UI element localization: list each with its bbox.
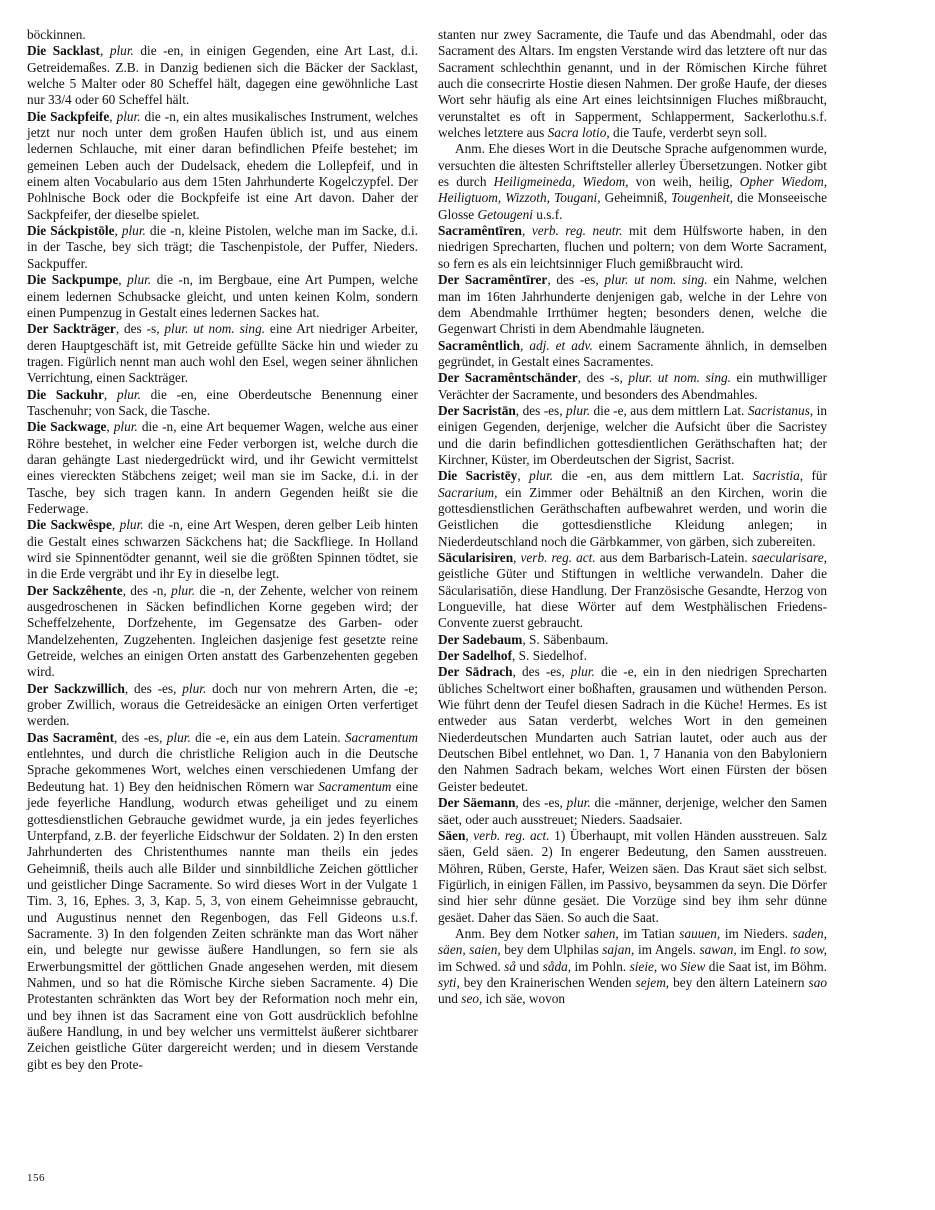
entry-text: die Taufe, verderbt seyn soll. [610,125,767,140]
italic-text: såda, [543,959,571,974]
entry-text: bey den Krainerischen Wenden [460,975,636,990]
italic-text: plur. [566,403,590,418]
headword: Der Sacramêntschänder [438,370,578,385]
italic-text: plur. [529,468,553,483]
headword: Sacramêntīren [438,223,522,238]
entry-text: ich säe, wovon [482,991,565,1006]
italic-text: Sacramentum [345,730,418,745]
headword: Der Sacristān [438,403,516,418]
entry-text: für [803,468,827,483]
entry-text: , [109,109,116,124]
italic-text: Getougeni [478,207,533,222]
entry-text: , [118,272,127,287]
headword: Die Sacklast [27,43,100,58]
dictionary-entry: Der Sacramêntīrer, des -es, plur. ut nom… [438,272,827,337]
italic-text: Sacristanus, [748,403,813,418]
italic-text: verb. reg. act. [520,550,595,565]
headword: Der Sādrach [438,664,513,679]
entry-text: im Pohln. [571,959,629,974]
italic-text: plur. [117,387,141,402]
entry-text: geistliche Güter und Stiftungen in weltl… [438,566,827,630]
dictionary-entry: Säen, verb. reg. act. 1) Überhaupt, mit … [438,828,827,926]
italic-text: Sacristia, [752,468,803,483]
italic-text: sawan, [699,942,736,957]
dictionary-page: böckinnen.Die Sacklast, plur. die -en, i… [0,0,935,1210]
entry-text: bey den ältern Lateinern [669,975,808,990]
italic-text: sauuen, [679,926,720,941]
entry-text: , [100,43,110,58]
dictionary-entry: Die Sacristēy, plur. die -en, aus dem mi… [438,468,827,550]
italic-text: sao [809,975,827,990]
italic-text: plur. [182,681,206,696]
italic-text: sahen, [584,926,618,941]
italic-text: plur. ut nom. sing. [604,272,707,287]
entry-text: die -e, ein aus dem Latein. [191,730,345,745]
italic-text: plur. [110,43,134,58]
entry-text: die Saat ist, im Böhm. [705,959,827,974]
dictionary-entry: Die Sáckpistōle, plur. die -n, kleine Pi… [27,223,418,272]
headword: Die Sackuhr [27,387,104,402]
dictionary-entry: Anm. Bey dem Notker sahen, im Tatian sau… [438,926,827,1008]
entry-text: , des -n, [123,583,171,598]
entry-text: , des -s, [578,370,629,385]
entry-text: im Engl. [737,942,790,957]
entry-text: aus dem Barbarisch-Latein. [596,550,752,565]
italic-text: seo, [461,991,482,1006]
italic-text: to sow, [790,942,827,957]
entry-text: , [520,338,529,353]
italic-text: sejem, [636,975,670,990]
headword: Der Sadelhof [438,648,512,663]
dictionary-entry: Der Sādrach, des -es, plur. die -e, ein … [438,664,827,795]
entry-text: , des -es, [125,681,182,696]
headword: Säen [438,828,465,843]
entry-text: und [516,959,543,974]
italic-text: Sacrarium, [438,485,497,500]
entry-text: , des -es, [513,664,571,679]
italic-text: Sacra lotio, [548,125,610,140]
dictionary-entry: stanten nur zwey Sacramente, die Taufe u… [438,27,827,141]
entry-text: , des -s, [116,321,165,336]
italic-text: syti, [438,975,460,990]
italic-text: så [504,959,516,974]
entry-text: stanten nur zwey Sacramente, die Taufe u… [438,27,827,140]
italic-text: verb. reg. neutr. [532,223,623,238]
headword: Die Sackwêspe [27,517,112,532]
italic-text: sajan, [602,942,634,957]
dictionary-entry: Sacramêntīren, verb. reg. neutr. mit dem… [438,223,827,272]
entry-text: , des -es, [516,403,566,418]
entry-text: eine jede feyerliche Handlung, wodurch e… [27,779,418,1072]
headword: Die Sackwage [27,419,106,434]
dictionary-entry: Der Sackzwillich, des -es, plur. doch nu… [27,681,418,730]
entry-text: ein Zimmer oder Behältniß an den Kirchen… [438,485,827,549]
dictionary-entry: Anm. Ehe dieses Wort in die Deutsche Spr… [438,141,827,223]
entry-text: , [115,223,122,238]
entry-text: , S. Siedelhof. [512,648,587,663]
headword: Der Sackzwillich [27,681,125,696]
italic-text: plur. ut nom. sing. [628,370,731,385]
dictionary-entry: Der Sacristān, des -es, plur. die -e, au… [438,403,827,468]
entry-text: bey dem Ulphilas [501,942,603,957]
dictionary-entry: Der Sacramêntschänder, des -s, plur. ut … [438,370,827,403]
italic-text: plur. [122,223,146,238]
italic-text: Heiligmeineda, Wiedom, [494,174,629,189]
entry-text: , des -es, [515,795,566,810]
dictionary-entry: Das Sacramênt, des -es, plur. die -e, ei… [27,730,418,1073]
entry-text: , des -es, [114,730,167,745]
left-column: böckinnen.Die Sacklast, plur. die -en, i… [27,27,418,1073]
headword: Der Sackzêhente [27,583,123,598]
entry-text: wo [657,959,680,974]
headword: Der Sacramêntīrer [438,272,547,287]
entry-text: , [522,223,532,238]
entry-text: , [517,468,529,483]
page-number: 156 [27,1172,45,1184]
dictionary-entry: Der Säemann, des -es, plur. die -männer,… [438,795,827,828]
italic-text: plur. [114,419,138,434]
entry-text: , [106,419,113,434]
entry-text: die -n, ein altes musikalisches Instrume… [27,109,418,222]
italic-text: Tougenheit, [671,190,733,205]
entry-text: die -e, ein in den niedrigen Sprecharten… [438,664,827,793]
entry-text: böckinnen. [27,27,86,42]
italic-text: adj. et adv. [529,338,592,353]
entry-text: die -e, aus dem mittlern Lat. [590,403,748,418]
dictionary-entry: Säcularisiren, verb. reg. act. aus dem B… [438,550,827,632]
entry-text: , [104,387,117,402]
italic-text: plur. [171,583,195,598]
dictionary-entry: Der Sackträger, des -s, plur. ut nom. si… [27,321,418,386]
italic-text: plur. [571,664,595,679]
italic-text: plur. [167,730,191,745]
dictionary-entry: Die Sacklast, plur. die -en, in einigen … [27,43,418,108]
italic-text: Sacramentum [318,779,391,794]
dictionary-entry: böckinnen. [27,27,418,43]
entry-text: im Angels. [634,942,699,957]
entry-text: im Nieders. [720,926,792,941]
italic-text: plur. ut nom. sing. [164,321,265,336]
headword: Säcularisiren [438,550,513,565]
headword: Der Sackträger [27,321,116,336]
dictionary-entry: Der Sadebaum, S. Säbenbaum. [438,632,827,648]
italic-text: plur. [117,109,141,124]
italic-text: plur. [567,795,591,810]
dictionary-entry: Die Sackuhr, plur. die -en, eine Oberdeu… [27,387,418,420]
entry-text: die -en, aus dem mittlern Lat. [553,468,752,483]
dictionary-entry: Der Sadelhof, S. Siedelhof. [438,648,827,664]
dictionary-entry: Die Sackwage, plur. die -n, eine Art beq… [27,419,418,517]
italic-text: plur. [120,517,144,532]
headword: Das Sacramênt [27,730,114,745]
headword: Die Sackpfeife [27,109,109,124]
entry-text: Anm. Bey dem Notker [455,926,584,941]
dictionary-entry: Sacramêntlich, adj. et adv. einem Sacram… [438,338,827,371]
entry-text: u.s.f. [533,207,563,222]
dictionary-entry: Die Sackwêspe, plur. die -n, eine Art We… [27,517,418,582]
entry-text: von weih, heilig, [629,174,740,189]
headword: Sacramêntlich [438,338,520,353]
entry-text: , des -es, [547,272,604,287]
italic-text: saecularisare, [752,550,827,565]
entry-text: , [112,517,120,532]
entry-text: Geheimniß, [601,190,672,205]
entry-text: und [438,991,461,1006]
italic-text: Siew [680,959,705,974]
headword: Die Sacristēy [438,468,517,483]
entry-text: , S. Säbenbaum. [522,632,608,647]
italic-text: verb. reg. act. [473,828,549,843]
right-column: stanten nur zwey Sacramente, die Taufe u… [438,27,827,1008]
headword: Der Sadebaum [438,632,522,647]
dictionary-entry: Die Sackpfeife, plur. die -n, ein altes … [27,109,418,223]
entry-text: im Schwed. [438,959,504,974]
headword: Der Säemann [438,795,515,810]
italic-text: sieie, [630,959,658,974]
dictionary-entry: Der Sackzêhente, des -n, plur. die -n, d… [27,583,418,681]
headword: Die Sáckpistōle [27,223,115,238]
headword: Die Sackpumpe [27,272,118,287]
entry-text: im Tatian [619,926,680,941]
italic-text: plur. [127,272,151,287]
dictionary-entry: Die Sackpumpe, plur. die -n, im Bergbaue… [27,272,418,321]
